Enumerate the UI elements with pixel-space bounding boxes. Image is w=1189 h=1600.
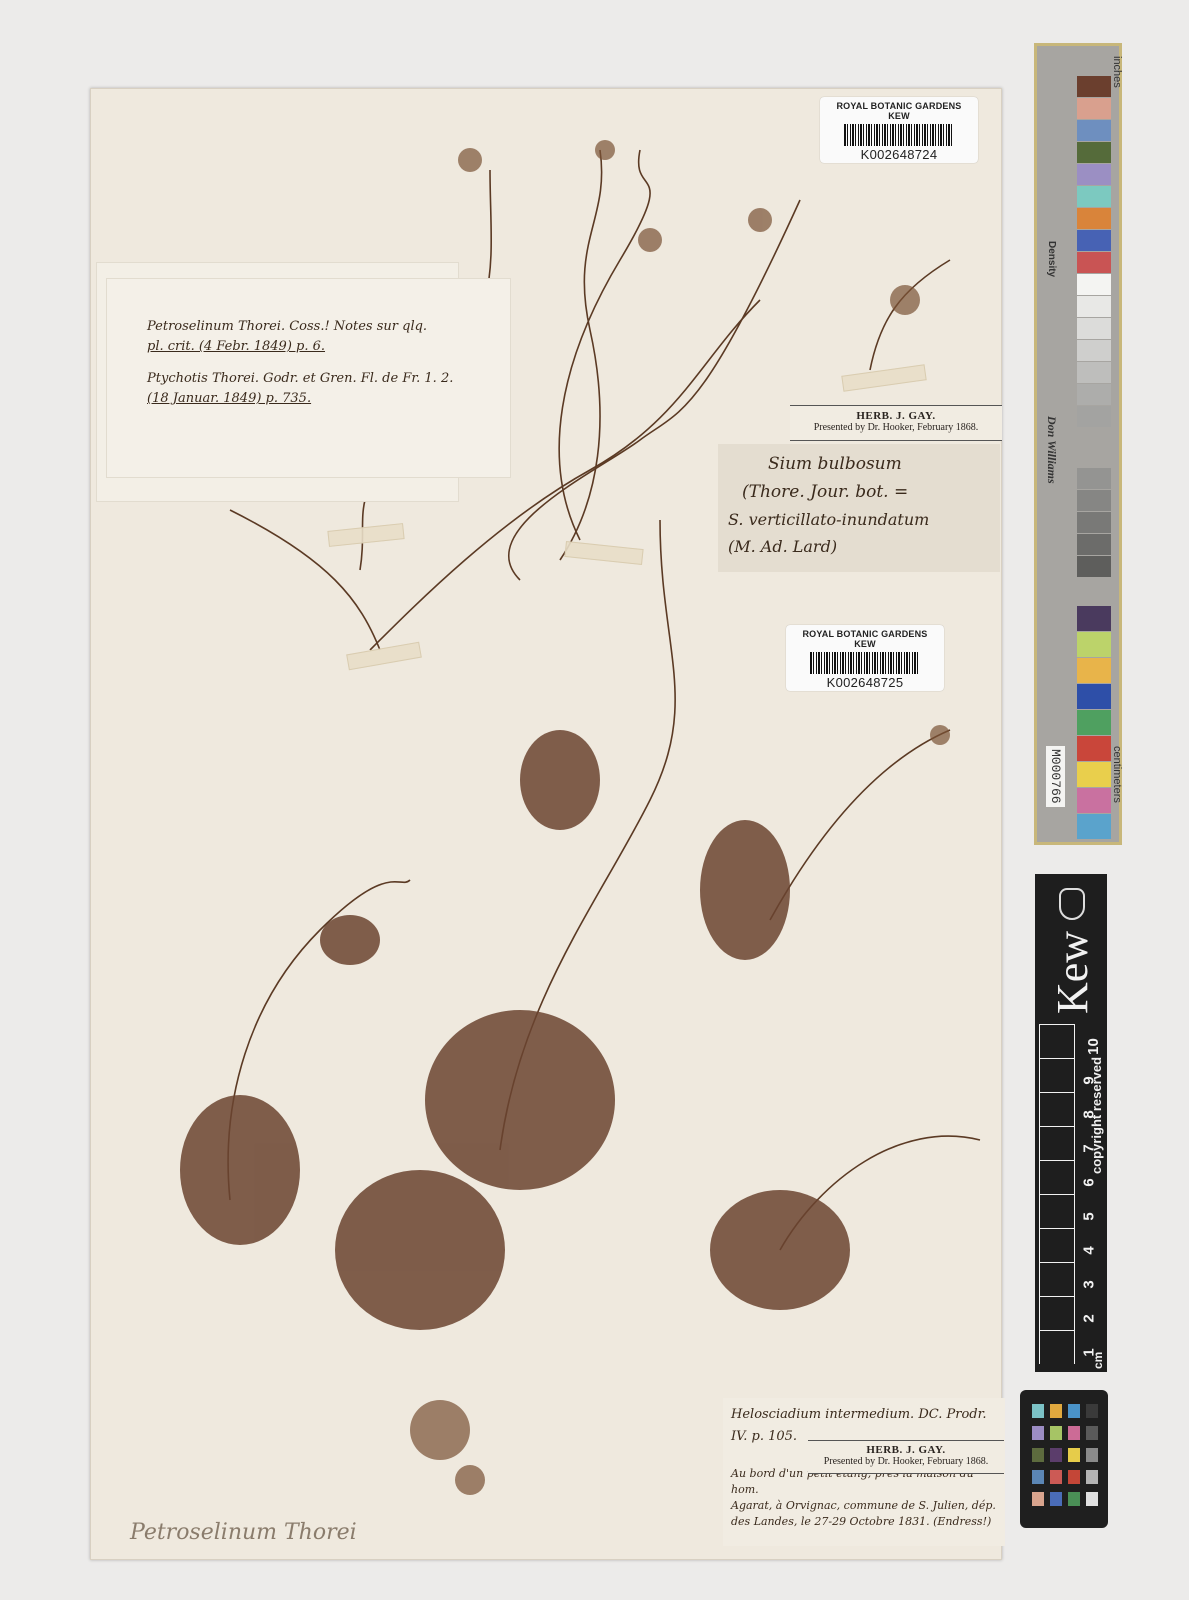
scale-tick-label: 8: [1081, 1110, 1098, 1118]
institution-name: ROYAL BOTANIC GARDENS KEW: [826, 101, 972, 121]
annotation-line: Helosciadium intermedium. DC. Prodr.: [731, 1404, 997, 1426]
checker-patch: [1032, 1448, 1044, 1462]
herbarium-provenance: Presented by Dr. Hooker, February 1868.: [808, 1456, 1004, 1467]
color-swatch: [1077, 736, 1111, 761]
color-swatch: [1077, 142, 1111, 163]
color-swatch: [1077, 362, 1111, 383]
annotation-line: Agarat, à Orvignac, commune de S. Julien…: [731, 1498, 997, 1514]
checker-patch: [1086, 1492, 1098, 1506]
checker-patch: [1032, 1404, 1044, 1418]
color-swatch: [1077, 274, 1111, 295]
color-swatch: [1077, 606, 1111, 631]
barcode-label: ROYAL BOTANIC GARDENS KEW K002648725: [786, 625, 944, 691]
color-swatch: [1077, 98, 1111, 119]
checker-patch: [1068, 1470, 1080, 1484]
checker-patch: [1086, 1404, 1098, 1418]
herbarium-name: HERB. J. GAY.: [790, 410, 1002, 422]
herbarium-label: HERB. J. GAY. Presented by Dr. Hooker, F…: [808, 1440, 1004, 1474]
barcode-label: ROYAL BOTANIC GARDENS KEW K002648724: [820, 97, 978, 163]
color-swatch: [1077, 384, 1111, 405]
checker-patch: [1068, 1448, 1080, 1462]
centimeters-label: centimeters: [1111, 746, 1123, 803]
color-swatch: [1077, 468, 1111, 489]
scale-tick-label: 4: [1081, 1246, 1098, 1254]
sheet-inscription: Petroselinum Thorei: [130, 1520, 357, 1545]
scale-tick-label: 3: [1081, 1280, 1098, 1288]
annotation-line: Sium bulbosum: [728, 450, 990, 478]
institution-name: ROYAL BOTANIC GARDENS KEW: [792, 629, 938, 649]
annotation-line: des Landes, le 27-29 Octobre 1831. (Endr…: [731, 1514, 997, 1530]
annotation-line: (Thore. Jour. bot. =: [728, 478, 990, 506]
color-swatch: [1077, 684, 1111, 709]
checker-patch: [1050, 1426, 1062, 1440]
color-swatch: [1077, 76, 1111, 97]
checker-patch: [1086, 1470, 1098, 1484]
checker-patch: [1068, 1492, 1080, 1506]
scale-tick-label: 10: [1085, 1038, 1102, 1055]
color-calibration-strip: M000766 Density inches Don Williams cent…: [1034, 43, 1122, 845]
color-swatch: [1077, 252, 1111, 273]
annotation-line: (M. Ad. Lard): [728, 534, 990, 560]
checker-patch: [1032, 1426, 1044, 1440]
checker-patch: [1050, 1470, 1062, 1484]
scale-tick-label: 2: [1081, 1314, 1098, 1322]
density-label: Density: [1046, 241, 1057, 277]
color-swatch: [1077, 186, 1111, 207]
color-swatch: [1077, 340, 1111, 361]
color-swatch: [1077, 658, 1111, 683]
scale-tick-label: 9: [1081, 1076, 1098, 1084]
color-swatch: [1077, 762, 1111, 787]
checker-patch: [1032, 1492, 1044, 1506]
annotation-line: S. verticillato-inundatum: [728, 506, 990, 534]
checker-patch: [1050, 1492, 1062, 1506]
color-swatch: [1077, 208, 1111, 229]
color-checker-card: [1020, 1390, 1108, 1528]
scale-tick-label: 6: [1081, 1178, 1098, 1186]
herbarium-label: HERB. J. GAY. Presented by Dr. Hooker, F…: [790, 405, 1002, 441]
color-swatch: [1077, 230, 1111, 251]
scale-tick-label: 7: [1081, 1144, 1098, 1152]
color-swatch: [1077, 534, 1111, 555]
maker-label: Don Williams: [1044, 416, 1059, 484]
annotation-line: pl. crit. (4 Febr. 1849) p. 6.: [147, 337, 510, 357]
checker-patch: [1086, 1448, 1098, 1462]
strip-id: M000766: [1046, 746, 1065, 807]
checker-patch: [1050, 1448, 1062, 1462]
color-swatch: [1077, 490, 1111, 511]
crest-icon: [1059, 888, 1085, 920]
herbarium-provenance: Presented by Dr. Hooker, February 1868.: [790, 422, 1002, 433]
checker-patch: [1032, 1470, 1044, 1484]
color-swatch: [1077, 512, 1111, 533]
checker-patch: [1068, 1426, 1080, 1440]
checker-patch: [1068, 1404, 1080, 1418]
annotation-slip: Petroselinum Thorei. Coss.! Notes sur ql…: [106, 278, 511, 478]
color-swatch: [1077, 164, 1111, 185]
color-swatch: [1077, 120, 1111, 141]
kew-logo: Kew: [1047, 931, 1098, 1014]
color-swatch: [1077, 788, 1111, 813]
scale-tick-label: 5: [1081, 1212, 1098, 1220]
annotation-slip: Sium bulbosum (Thore. Jour. bot. = S. ve…: [718, 444, 1000, 572]
color-swatch: [1077, 406, 1111, 427]
annotation-line: Ptychotis Thorei. Godr. et Gren. Fl. de …: [147, 369, 510, 389]
scale-bar-pattern: [1039, 1024, 1075, 1364]
checker-patch: [1050, 1404, 1062, 1418]
annotation-line: Petroselinum Thorei. Coss.! Notes sur ql…: [147, 317, 510, 337]
scale-tick-label: 1: [1081, 1348, 1098, 1356]
barcode: [844, 124, 954, 146]
checker-patch: [1086, 1426, 1098, 1440]
barcode-number: K002648724: [826, 147, 972, 162]
barcode: [810, 652, 920, 674]
color-swatch: [1077, 814, 1111, 839]
kew-scale-bar: Kew copyright reserved cm 12345678910: [1035, 874, 1107, 1372]
barcode-number: K002648725: [792, 675, 938, 690]
color-swatch: [1077, 296, 1111, 317]
herbarium-name: HERB. J. GAY.: [808, 1444, 1004, 1456]
color-swatch: [1077, 556, 1111, 577]
annotation-line: (18 Januar. 1849) p. 735.: [147, 389, 510, 409]
color-swatch: [1077, 318, 1111, 339]
color-swatch: [1077, 632, 1111, 657]
color-swatch: [1077, 710, 1111, 735]
inches-label: inches: [1111, 56, 1123, 88]
